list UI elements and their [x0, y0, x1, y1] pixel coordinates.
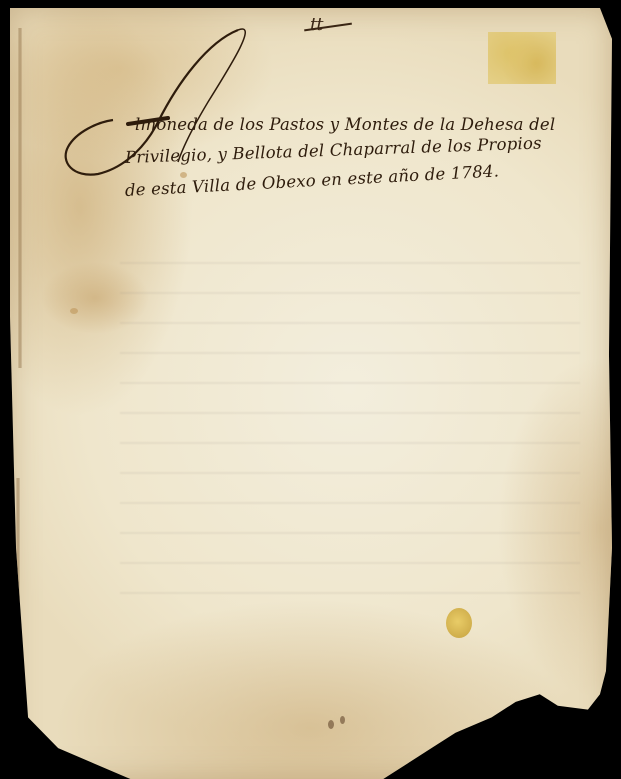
binding-crease-lower [16, 478, 20, 678]
archive-stamp [488, 32, 556, 84]
stain-spot [70, 308, 78, 314]
show-through-text [120, 248, 580, 608]
ink-spot [328, 720, 334, 729]
ink-spot [340, 716, 345, 724]
manuscript-page: tt lmoneda de los Pastos y Montes de la … [10, 8, 612, 779]
folio-mark: tt [310, 14, 322, 35]
binding-crease [18, 28, 22, 368]
gold-seal-spot [446, 608, 472, 638]
stain-spot [180, 172, 187, 178]
document-heading: lmoneda de los Pastos y Montes de la Deh… [125, 108, 605, 207]
